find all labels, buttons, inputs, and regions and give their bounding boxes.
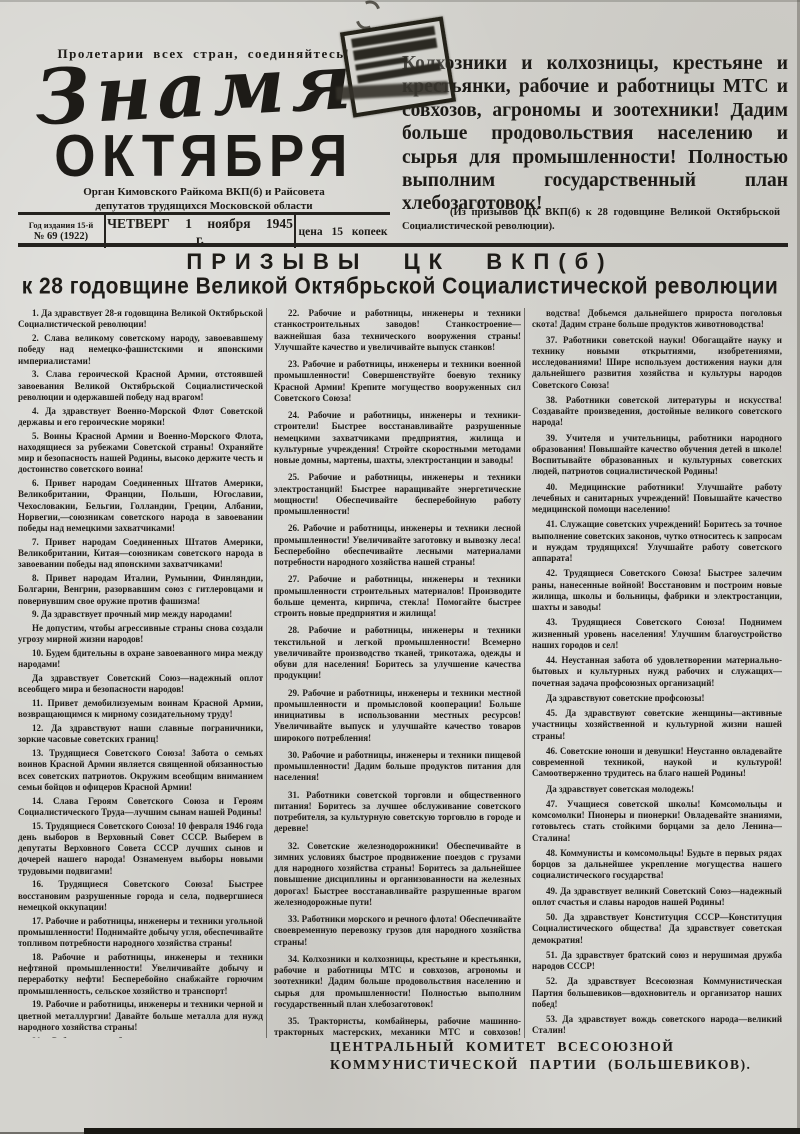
appeal-paragraph: 2. Слава великому советскому народу, зав… [18, 333, 263, 367]
appeal-paragraph: 47. Учащиеся советской школы! Комсомольц… [532, 799, 782, 844]
appeal-paragraph: 35. Трактористы, комбайнеры, рабочие маш… [274, 1016, 521, 1038]
appeal-paragraph: 26. Рабочие и работницы, инженеры и техн… [274, 523, 521, 568]
appeal-paragraph: 7. Привет народам Соединенных Штатов Аме… [18, 537, 263, 571]
scan-edge-bottom [84, 1128, 800, 1134]
banner-attribution: (Из призывов ЦК ВКП(б) к 28 годовщине Ве… [402, 206, 780, 233]
appeal-paragraph: 30. Рабочие и работницы, инженеры и техн… [274, 750, 521, 784]
appeal-paragraph: 42. Трудящиеся Советского Союза! Быстрее… [532, 568, 782, 613]
organ-line-1: Орган Кимовского Райкома ВКП(б) и Райсов… [18, 186, 390, 200]
appeal-paragraph: 13. Трудящиеся Советского Союза! Забота … [18, 748, 263, 793]
banner-appeal-text: Колхозники и колхозницы, крестьяне и кре… [402, 52, 788, 216]
appeal-paragraph: 46. Советские юноши и девушки! Неустанно… [532, 746, 782, 780]
appeal-paragraph: 50. Да здравствует Конституция СССР—Конс… [532, 912, 782, 946]
library-stamp-icon [340, 16, 456, 117]
appeal-paragraph: 23. Рабочие и работницы, инженеры и техн… [274, 359, 521, 404]
appeal-paragraph: 10. Будем бдительны в охране завоеванног… [18, 648, 263, 671]
appeal-paragraph: 22. Рабочие и работницы, инженеры и техн… [274, 308, 521, 353]
appeal-paragraph: 28. Рабочие и работницы, инженеры и техн… [274, 625, 521, 681]
appeal-paragraph: 19. Рабочие и работницы, инженеры и техн… [18, 999, 263, 1033]
appeal-paragraph: 5. Воины Красной Армии и Военно-Морского… [18, 431, 263, 476]
appeal-paragraph: 37. Работники советской науки! Обогащайт… [532, 335, 782, 391]
appeal-paragraph: 20. Рабочие и работницы, инженеры и техн… [18, 1036, 263, 1039]
appeal-paragraph: 3. Слава героической Красной Армии, отст… [18, 369, 263, 403]
organ-lines: Орган Кимовского Райкома ВКП(б) и Райсов… [18, 186, 390, 214]
appeal-paragraph: 49. Да здравствует великий Советский Сою… [532, 886, 782, 909]
page-title: ПРИЗЫВЫ ЦК ВКП(б) [0, 249, 800, 275]
appeal-paragraph: 4. Да здравствует Военно-Морской Флот Со… [18, 406, 263, 429]
appeal-paragraph: 12. Да здравствуют наши славные погранич… [18, 723, 263, 746]
appeal-paragraph: 51. Да здравствует братский союз и неруш… [532, 950, 782, 973]
appeal-paragraph: 9. Да здравствует прочный мир между наро… [18, 609, 263, 620]
header-divider-rule [18, 243, 788, 247]
column-2: 22. Рабочие и работницы, инженеры и техн… [266, 308, 521, 1038]
appeal-paragraph: 32. Советские железнодорожники! Обеспечи… [274, 841, 521, 909]
appeal-paragraph: 31. Работники советской торговли и общес… [274, 790, 521, 835]
appeal-paragraph: 29. Рабочие и работницы, инженеры и техн… [274, 688, 521, 744]
central-committee-signature: ЦЕНТРАЛЬНЫЙ КОМИТЕТ ВСЕСОЮЗНОЙ КОММУНИСТ… [330, 1038, 800, 1074]
appeal-paragraph: 53. Да здравствует вождь советского наро… [532, 1014, 782, 1037]
page-subtitle: к 28 годовщине Великой Октябрьской Социа… [0, 274, 800, 300]
appeal-paragraph: 52. Да здравствует Всесоюзная Коммунисти… [532, 976, 782, 1010]
appeal-paragraph: 18. Рабочие и работницы, инженеры и техн… [18, 952, 263, 997]
appeal-paragraph: водства! Добьемся дальнейшего прироста п… [532, 308, 782, 331]
appeal-paragraph: 40. Медицинские работники! Улучшайте раб… [532, 482, 782, 516]
body-columns: 1. Да здравствует 28-я годовщина Великой… [18, 308, 786, 1038]
appeal-paragraph: 27. Рабочие и работницы, инженеры и техн… [274, 574, 521, 619]
column-1: 1. Да здравствует 28-я годовщина Великой… [18, 308, 263, 1038]
column-3: водства! Добьемся дальнейшего прироста п… [524, 308, 782, 1038]
newspaper-page: Пролетарии всех стран, соединяйтесь! Зна… [0, 0, 800, 1134]
appeal-paragraph: 16. Трудящиеся Советского Союза! Быстрее… [18, 879, 263, 913]
newspaper-title-block: ОКТЯБРЯ [7, 124, 401, 189]
appeal-paragraph: 15. Трудящиеся Советского Союза! 10 февр… [18, 821, 263, 877]
appeal-paragraph: Не допустим, чтобы агрессивные страны сн… [18, 623, 263, 646]
appeal-paragraph: 34. Колхозники и колхозницы, крестьяне и… [274, 954, 521, 1010]
appeal-paragraph: Да здравствует советская молодежь! [532, 784, 782, 795]
appeal-paragraph: 41. Служащие советских учреждений! Борит… [532, 519, 782, 564]
appeal-paragraph: 11. Привет демобилизуемым воинам Красной… [18, 698, 263, 721]
appeal-paragraph: 1. Да здравствует 28-я годовщина Великой… [18, 308, 263, 331]
appeal-paragraph: Да здравствует Советский Союз—надежный о… [18, 673, 263, 696]
appeal-paragraph: 8. Привет народам Италии, Румынии, Финля… [18, 573, 263, 607]
appeal-paragraph: 17. Рабочие и работницы, инженеры и техн… [18, 916, 263, 950]
appeal-paragraph: 38. Работники советской литературы и иск… [532, 395, 782, 429]
appeal-paragraph: 44. Неустанная забота об удовлетворении … [532, 655, 782, 689]
appeal-paragraph: 43. Трудящиеся Советского Союза! Подниме… [532, 617, 782, 651]
appeal-paragraph: 45. Да здравствуют советские женщины—акт… [532, 708, 782, 742]
appeal-paragraph: 25. Рабочие и работницы, инженеры и техн… [274, 472, 521, 517]
appeal-paragraph: 24. Рабочие и работницы, инженеры и техн… [274, 410, 521, 466]
appeal-paragraph: 39. Учителя и учительницы, работники нар… [532, 433, 782, 478]
issue-number: № 69 (1922) [18, 230, 104, 243]
appeal-paragraph: 6. Привет народам Соединенных Штатов Аме… [18, 478, 263, 534]
appeal-paragraph: 14. Слава Героям Советского Союза и Геро… [18, 796, 263, 819]
appeal-paragraph: Да здравствуют советские профсоюзы! [532, 693, 782, 704]
issue-year-line: Год издания 15-й [18, 220, 104, 231]
appeal-paragraph: 48. Коммунисты и комсомольцы! Будьте в п… [532, 848, 782, 882]
appeal-paragraph: 33. Работники морского и речного флота! … [274, 914, 521, 948]
scan-edge-top [0, 0, 800, 2]
